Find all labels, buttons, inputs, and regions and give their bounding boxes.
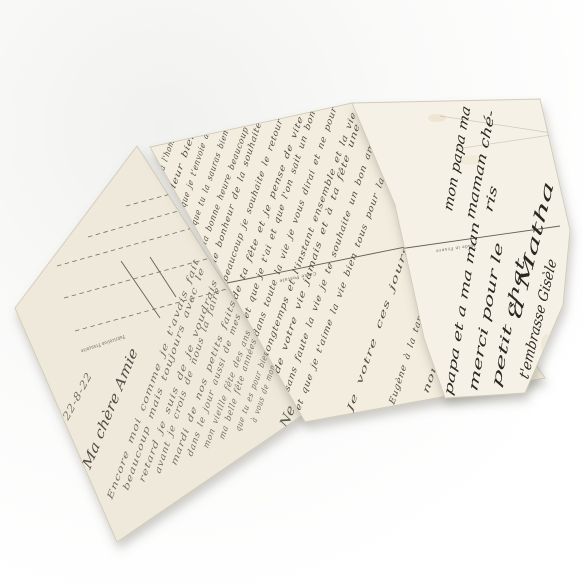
postcards-scene: Fabrication Française 22-8-22 Ma chère A… xyxy=(0,0,583,583)
paper-stain xyxy=(428,114,446,122)
postcards-photo: Fabrication Française 22-8-22 Ma chère A… xyxy=(0,0,583,583)
